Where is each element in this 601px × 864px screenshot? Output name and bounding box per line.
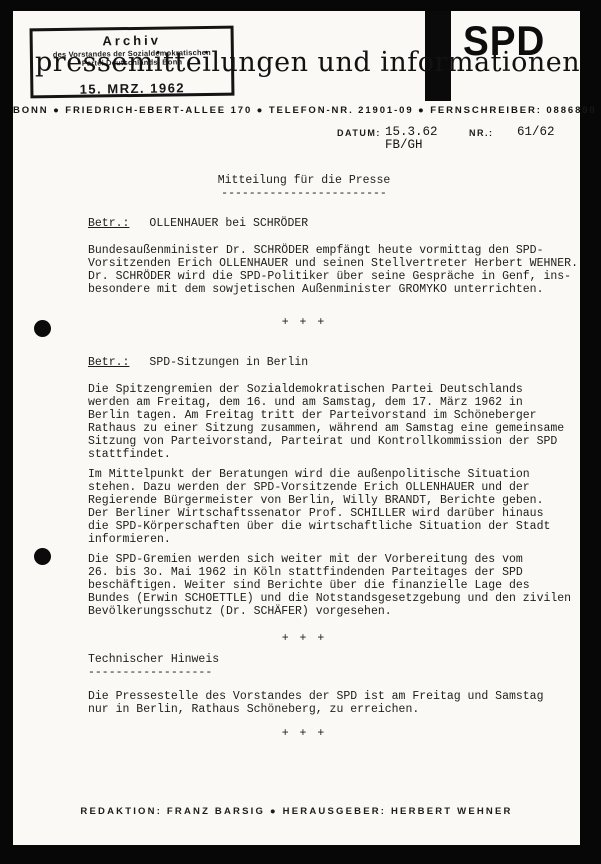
separator-3: + + +: [88, 727, 520, 740]
meta-block: DATUM: 15.3.62 NR.: 61/62 FB/GH: [337, 125, 577, 159]
datum-label: DATUM:: [337, 128, 381, 138]
punch-hole-bottom: [34, 548, 51, 565]
press-release-page: Archiv des Vorstandes der Sozialdemokrat…: [13, 11, 580, 845]
separator-1: + + +: [88, 316, 520, 329]
paragraph-5: Die Pressestelle des Vorstandes der SPD …: [88, 690, 580, 716]
paragraph-2: Die Spitzengremien der Sozialdemokratisc…: [88, 383, 580, 461]
footer-imprint: REDAKTION: FRANZ BARSIG ● HERAUSGEBER: H…: [13, 806, 580, 817]
subject-2: SPD-Sitzungen in Berlin: [149, 356, 308, 369]
masthead-title: pressemitteilungen und informationen: [35, 47, 580, 78]
subject-line-1: Betr.:OLLENHAUER bei SCHRÖDER: [88, 217, 580, 230]
technical-note-heading: Technischer Hinweis ------------------: [88, 653, 580, 679]
betr-label-1: Betr.:: [88, 217, 129, 230]
nr-value: 61/62: [517, 125, 555, 139]
paragraph-3: Im Mittelpunkt der Beratungen wird die a…: [88, 468, 580, 546]
nr-label: NR.:: [469, 128, 494, 138]
scanned-document: Archiv des Vorstandes der Sozialdemokrat…: [0, 0, 601, 864]
paragraph-1: Bundesaußenminister Dr. SCHRÖDER empfäng…: [88, 244, 580, 296]
address-line: BONN ● FRIEDRICH-EBERT-ALLEE 170 ● TELEF…: [13, 105, 580, 116]
document-body: Mitteilung für die Presse --------------…: [88, 174, 580, 740]
document-title: Mitteilung für die Presse --------------…: [88, 174, 520, 200]
datum-value: 15.3.62: [385, 125, 438, 139]
betr-label-2: Betr.:: [88, 356, 129, 369]
stamp-date: 15. MRZ. 1962: [33, 80, 231, 98]
punch-hole-top: [34, 320, 51, 337]
subject-1: OLLENHAUER bei SCHRÖDER: [149, 217, 308, 230]
separator-2: + + +: [88, 632, 520, 645]
paragraph-4: Die SPD-Gremien werden sich weiter mit d…: [88, 553, 580, 618]
initials: FB/GH: [385, 138, 423, 152]
subject-line-2: Betr.:SPD-Sitzungen in Berlin: [88, 356, 580, 369]
